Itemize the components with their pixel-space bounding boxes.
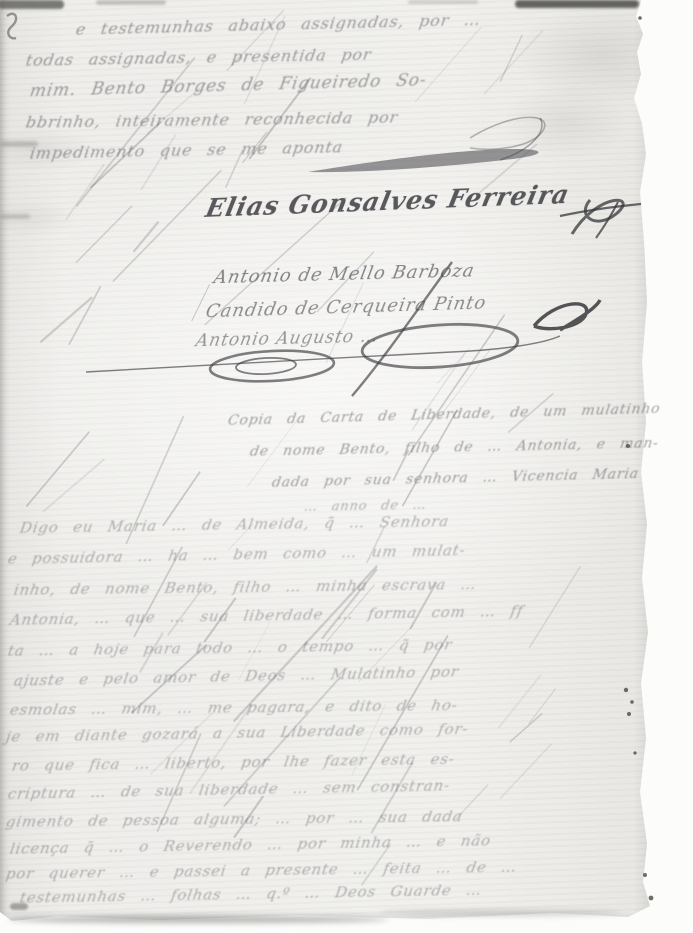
bottom-corner-smudge — [10, 903, 28, 910]
top-edge-smudge — [515, 0, 639, 8]
top-edge-smudge — [0, 0, 64, 9]
top-edge-smudge — [408, 0, 478, 4]
left-margin-streak — [0, 214, 30, 219]
scanned-document: e testemunhas abaixo assignadas, por … t… — [0, 0, 693, 933]
left-margin-streak — [0, 141, 38, 147]
page-bottom-shadow — [8, 916, 388, 923]
page-bottom-shadow — [380, 910, 620, 916]
top-edge-smudge — [96, 0, 166, 5]
